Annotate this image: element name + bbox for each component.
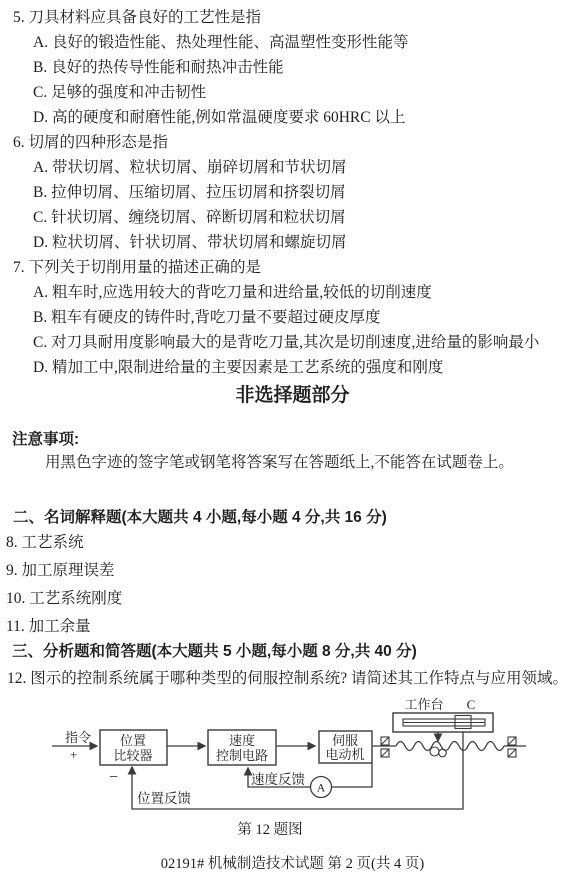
q7-stem: 7. 下列关于切削用量的描述正确的是: [13, 255, 261, 280]
worktable-label: 工作台: [404, 697, 443, 712]
block3-line1: 伺服: [332, 733, 358, 748]
screw-bearing-left: [372, 737, 396, 757]
q6-stem: 6. 切屑的四种形态是指: [13, 130, 168, 155]
q6-option-d: D. 粒状切屑、针状切屑、带状切屑和螺旋切屑: [33, 230, 346, 255]
q6-option-b: B. 拉伸切屑、压缩切屑、拉压切屑和挤裂切屑: [33, 180, 346, 205]
item-9: 9. 加工原理误差: [6, 558, 115, 583]
item-10: 10. 工艺系统刚度: [6, 586, 122, 611]
notes-body: 用黑色字迹的签字笔或钢笔将答案写在答题纸上,不能答在试题卷上。: [45, 450, 514, 475]
q7-option-a: A. 粗车时,应选用较大的背吃刀量和进给量,较低的切削速度: [33, 280, 432, 305]
minus-sign: −: [109, 769, 118, 786]
question-12: 12. 图示的控制系统属于哪种类型的伺服控制系统? 请简述其工作特点与应用领域。: [7, 666, 568, 691]
q7-option-d: D. 精加工中,限制进给量的主要因素是工艺系统的强度和刚度: [33, 355, 443, 380]
speed-control-block: 速度 控制电路: [208, 730, 276, 765]
command-label: 指令: [65, 730, 91, 745]
speed-feedback-line: A 速度反馈: [248, 763, 372, 798]
plus-sign: +: [70, 747, 77, 762]
q12-diagram: 指令 + 位置 比较器 速度 控制电路 伺服 电动机: [0, 695, 585, 825]
q5-option-d: D. 高的硬度和耐磨性能,例如常温硬度要求 60HRC 以上: [33, 105, 405, 130]
tachometer-label: A: [317, 783, 326, 795]
command-input-arrow: 指令 +: [52, 730, 97, 762]
section-3-title: 三、分析题和简答题(本大题共 5 小题,每小题 8 分,共 40 分): [12, 639, 417, 664]
position-feedback-label: 位置反馈: [137, 790, 191, 806]
block2-line2: 控制电路: [216, 748, 268, 763]
q7-option-b: B. 粗车有硬皮的铸件时,背吃刀量不要超过硬皮厚度: [33, 305, 380, 330]
block2-line1: 速度: [229, 733, 255, 748]
encoder-label-c: C: [467, 697, 476, 712]
item-11: 11. 加工余量: [6, 614, 91, 639]
q5-option-a: A. 良好的锻造性能、热处理性能、高温塑性变形性能等: [33, 30, 408, 55]
q5-stem: 5. 刀具材料应具备良好的工艺性是指: [13, 5, 261, 30]
non-choice-section-header: 非选择题部分: [0, 384, 585, 408]
q7-option-c: C. 对刀具耐用度影响最大的是背吃刀量,其次是切削速度,进给量的影响最小: [33, 330, 539, 355]
speed-feedback-label: 速度反馈: [251, 771, 305, 787]
block3-line2: 电动机: [325, 747, 364, 762]
q5-option-c: C. 足够的强度和冲击韧性: [33, 80, 206, 105]
notes-title: 注意事项:: [12, 427, 79, 452]
exam-page: 5. 刀具材料应具备良好的工艺性是指 A. 良好的锻造性能、热处理性能、高温塑性…: [0, 0, 585, 885]
block1-line1: 位置: [120, 733, 146, 748]
position-comparator-block: 位置 比较器: [100, 730, 167, 765]
block1-line2: 比较器: [113, 748, 152, 763]
q6-option-a: A. 带状切屑、粒状切屑、崩碎切屑和节状切屑: [33, 155, 346, 180]
section-2-title: 二、名词解释题(本大题共 4 小题,每小题 4 分,共 16 分): [13, 505, 387, 530]
page-footer: 02191# 机械制造技术试题 第 2 页(共 4 页): [0, 852, 585, 873]
servo-motor-block: 伺服 电动机: [319, 731, 372, 763]
worktable: 工作台 C: [393, 697, 493, 732]
q5-option-b: B. 良好的热传导性能和耐热冲击性能: [33, 55, 284, 80]
lead-screw-wave: [396, 742, 504, 751]
figure-caption: 第 12 题图: [0, 818, 540, 839]
q6-option-c: C. 针状切屑、缠绕切屑、碎断切屑和粒状切屑: [33, 205, 346, 230]
screw-bearing-right: [504, 737, 526, 757]
item-8: 8. 工艺系统: [6, 530, 84, 555]
